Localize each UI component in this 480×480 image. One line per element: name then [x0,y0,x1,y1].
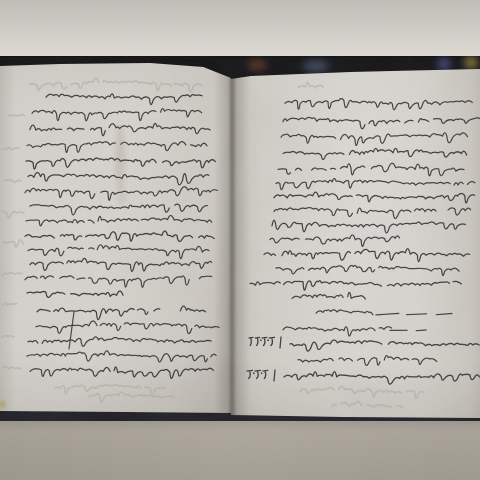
manuscript-left-page [0,60,231,416]
blurred-object-violet [438,58,450,70]
photo-of-open-manuscript [0,0,480,480]
manuscript-right-page [231,60,480,420]
book-gutter-shadow [214,60,250,418]
blurred-object-red [247,59,267,71]
blurred-object-slate [303,60,329,72]
blurred-object-olive [464,56,478,69]
table-surface [0,421,480,480]
small-highlight-speck [0,401,5,408]
background-wall [0,0,480,57]
